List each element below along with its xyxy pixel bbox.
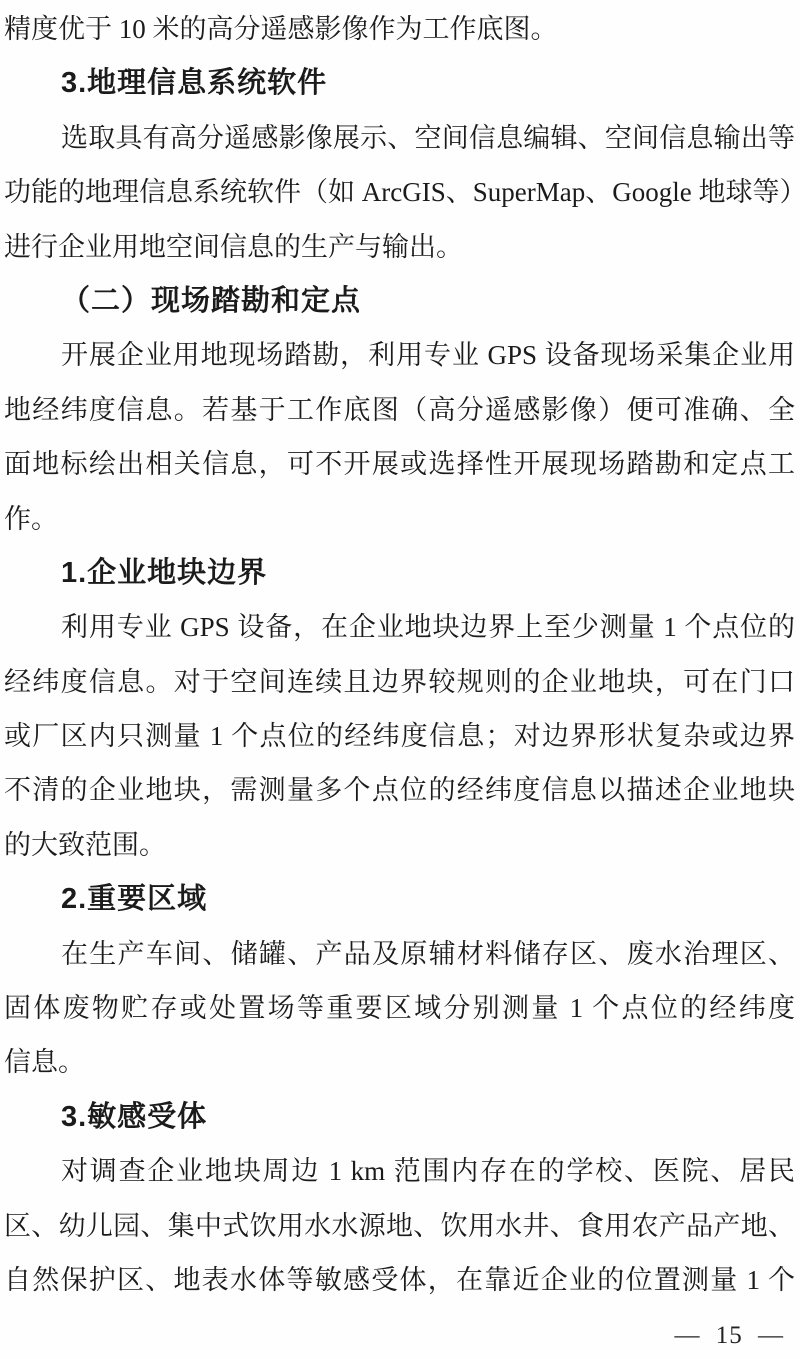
paragraph-line: 固体废物贮存或处置场等重要区域分别测量 1 个点位的经纬度 <box>4 981 795 1035</box>
paragraph-line: 选取具有高分遥感影像展示、空间信息编辑、空间信息输出等 <box>4 111 795 165</box>
paragraph-line: 信息。 <box>4 1035 795 1089</box>
paragraph-line: 经纬度信息。对于空间连续且边界较规则的企业地块，可在门口 <box>4 655 795 709</box>
paragraph-line: 不清的企业地块，需测量多个点位的经纬度信息以描述企业地块 <box>4 763 795 817</box>
paragraph-line: 利用专业 GPS 设备，在企业地块边界上至少测量 1 个点位的 <box>4 600 795 654</box>
paragraph-line: 精度优于 10 米的高分遥感影像作为工作底图。 <box>4 2 795 56</box>
heading-2-site-survey-and-positioning: （二）现场踏勘和定点 <box>4 274 795 328</box>
heading-3-sensitive-receptors: 3.敏感受体 <box>4 1090 795 1144</box>
paragraph-line: 地经纬度信息。若基于工作底图（高分遥感影像）便可准确、全 <box>4 383 795 437</box>
paragraph-line: 的大致范围。 <box>4 818 795 872</box>
paragraph-line: 功能的地理信息系统软件（如 ArcGIS、SuperMap、Google 地球等… <box>4 165 795 219</box>
paragraph-line: 自然保护区、地表水体等敏感受体，在靠近企业的位置测量 1 个 <box>4 1253 795 1307</box>
paragraph-line: 开展企业用地现场踏勘，利用专业 GPS 设备现场采集企业用 <box>4 328 795 382</box>
paragraph-line: 作。 <box>4 492 795 546</box>
heading-2-key-areas: 2.重要区域 <box>4 872 795 926</box>
heading-3-gis-software: 3.地理信息系统软件 <box>4 56 795 110</box>
paragraph-line: 面地标绘出相关信息，可不开展或选择性开展现场踏勘和定点工 <box>4 437 795 491</box>
paragraph-line: 进行企业用地空间信息的生产与输出。 <box>4 220 795 274</box>
document-page: 精度优于 10 米的高分遥感影像作为工作底图。 3.地理信息系统软件 选取具有高… <box>0 0 800 1359</box>
heading-1-enterprise-parcel-boundary: 1.企业地块边界 <box>4 546 795 600</box>
page-number: — 15 — <box>675 1322 785 1350</box>
paragraph-line: 或厂区内只测量 1 个点位的经纬度信息；对边界形状复杂或边界 <box>4 709 795 763</box>
paragraph-line: 区、幼儿园、集中式饮用水水源地、饮用水井、食用农产品产地、 <box>4 1199 795 1253</box>
document-body: 精度优于 10 米的高分遥感影像作为工作底图。 3.地理信息系统软件 选取具有高… <box>4 2 795 1307</box>
paragraph-line: 在生产车间、储罐、产品及原辅材料储存区、废水治理区、 <box>4 927 795 981</box>
paragraph-line: 对调查企业地块周边 1 km 范围内存在的学校、医院、居民 <box>4 1144 795 1198</box>
